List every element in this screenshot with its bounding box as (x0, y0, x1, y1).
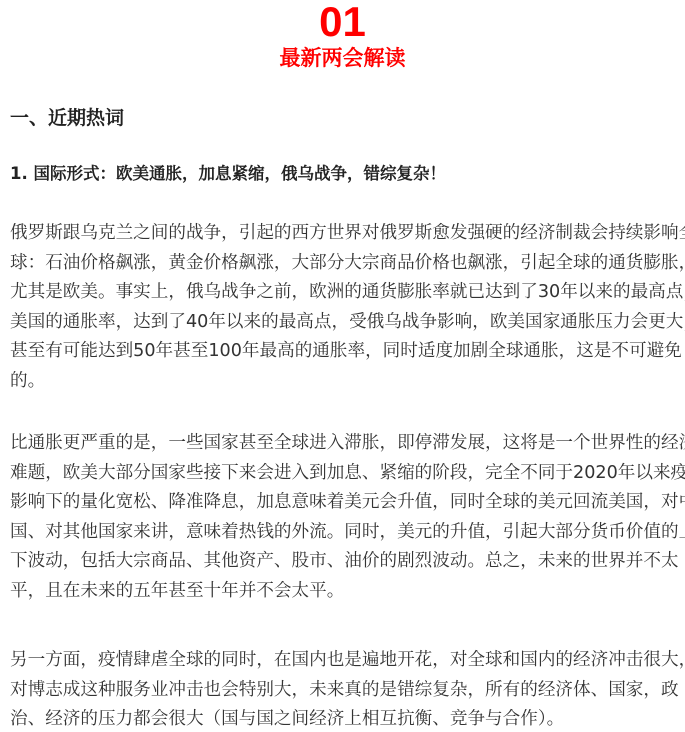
paragraph-line: 俄罗斯跟乌克兰之间的战争，引起的西方世界对俄罗斯愈发强硬的经济制裁会持续影响全 (10, 219, 680, 249)
paragraph-line: 难题，欧美大部分国家些接下来会进入到加息、紧缩的阶段，完全不同于2020年以来疫… (10, 459, 680, 489)
section-title: 最新两会解读 (0, 44, 685, 72)
paragraph-line: 尤其是欧美。事实上，俄乌战争之前，欧洲的通货膨胀率就已达到了30年以来的最高点， (10, 278, 680, 308)
paragraph-2: 比通胀更严重的是，一些国家甚至全球进入滞胀，即停滞发展，这将是一个世界性的经济 … (10, 429, 680, 606)
paragraph-line: 平，且在未来的五年甚至十年并不会太平。 (10, 577, 680, 607)
article-heading: 一、近期热词 (10, 104, 124, 132)
paragraph-line: 甚至有可能达到50年甚至100年最高的通胀率，同时适度加剧全球通胀，这是不可避免 (10, 337, 680, 367)
paragraph-line: 对博志成这种服务业冲击也会特别大，未来真的是错综复杂，所有的经济体、国家，政 (10, 676, 680, 706)
paragraph-line: 美国的通胀率，达到了40年以来的最高点，受俄乌战争影响，欧美国家通胀压力会更大， (10, 308, 680, 338)
paragraph-line: 另一方面，疫情肆虐全球的同时，在国内也是遍地开花，对全球和国内的经济冲击很大， (10, 646, 680, 676)
paragraph-line: 球：石油价格飙涨，黄金价格飙涨，大部分大宗商品价格也飙涨，引起全球的通货膨胀， (10, 249, 680, 279)
paragraph-3: 另一方面，疫情肆虐全球的同时，在国内也是遍地开花，对全球和国内的经济冲击很大， … (10, 646, 680, 732)
paragraph-1: 俄罗斯跟乌克兰之间的战争，引起的西方世界对俄罗斯愈发强硬的经济制裁会持续影响全 … (10, 219, 680, 396)
paragraph-line: 影响下的量化宽松、降准降息，加息意味着美元会升值，同时全球的美元回流美国，对中 (10, 488, 680, 518)
section-number: 01 (0, 0, 685, 44)
paragraph-line: 国、对其他国家来讲，意味着热钱的外流。同时，美元的升值，引起大部分货币价值的上 (10, 518, 680, 548)
paragraph-line: 治、经济的压力都会很大（国与国之间经济上相互抗衡、竞争与合作）。 (10, 705, 680, 732)
paragraph-line: 比通胀更严重的是，一些国家甚至全球进入滞胀，即停滞发展，这将是一个世界性的经济 (10, 429, 680, 459)
article-subheading: 1. 国际形式：欧美通胀，加息紧缩，俄乌战争，错综复杂！ (10, 161, 446, 187)
paragraph-line: 下波动，包括大宗商品、其他资产、股市、油价的剧烈波动。总之，未来的世界并不太 (10, 547, 680, 577)
paragraph-line: 的。 (10, 367, 680, 397)
